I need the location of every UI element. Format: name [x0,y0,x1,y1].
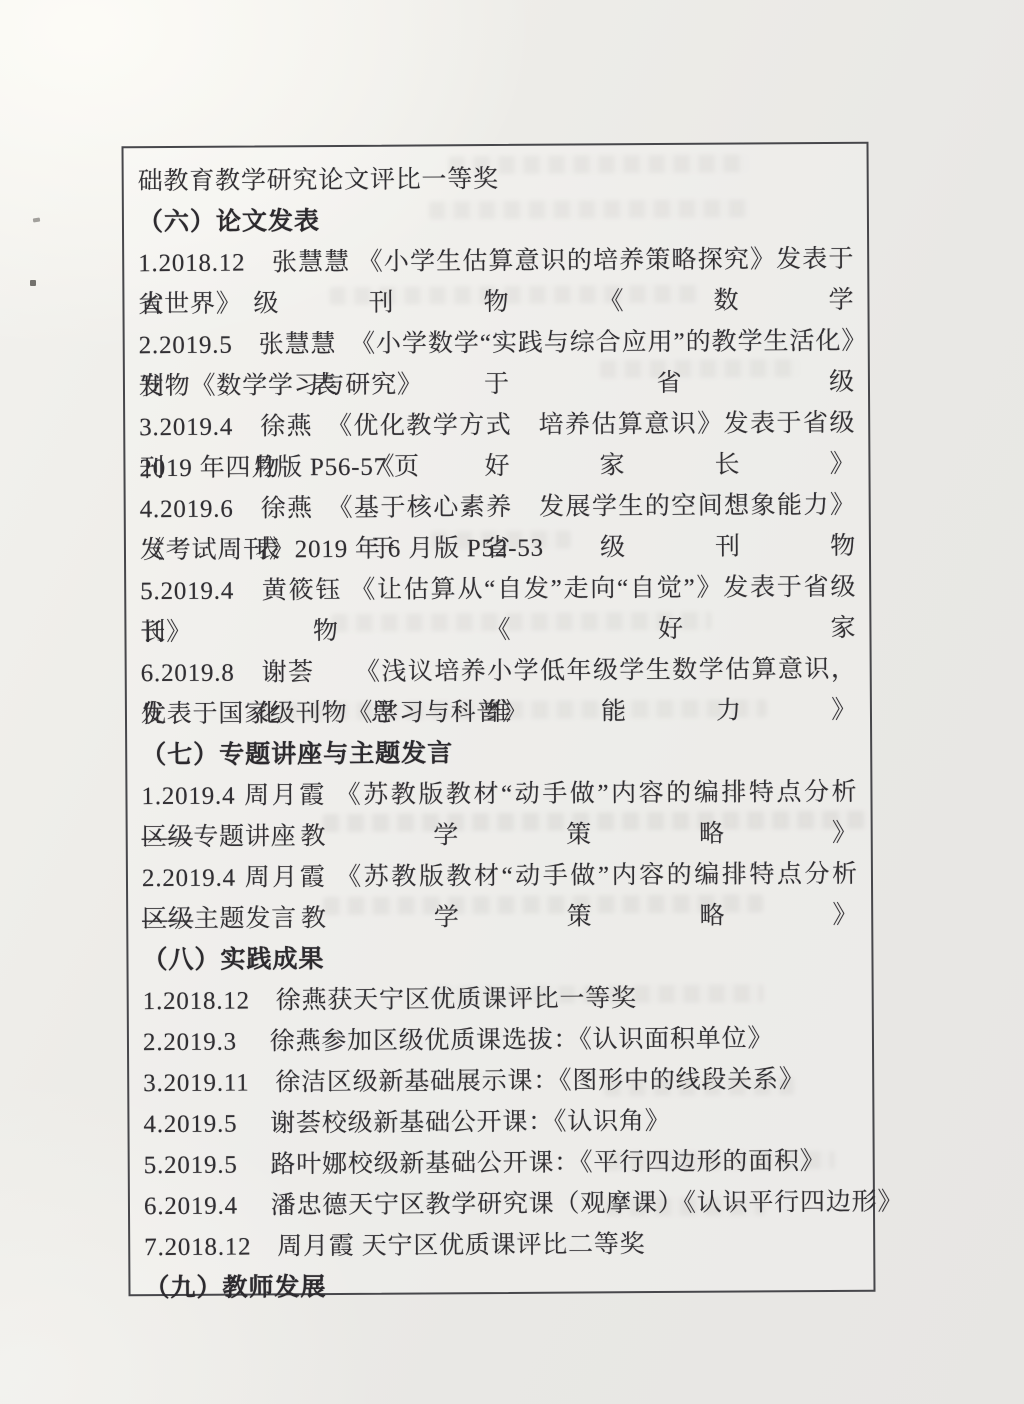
document-line: 7.2018.12 周月霞 天宁区优质课评比二等奖 [144,1223,860,1268]
document-line: 2.2019.5 张慧慧 《小学数学“实践与综合应用”的教学生活化》发表于省级 [139,321,855,366]
section-heading-7: （七）专题讲座与主题发言 [141,731,857,776]
document-line: 5.2019.5 路叶娜校级新基础公开课：《平行四边形的面积》 [144,1141,860,1186]
dust-speck [33,218,40,223]
photographed-page: { "colors": { "paper": "#edecE8", "ink":… [0,0,1024,1404]
document-line: 3.2019.4 徐燕 《优化教学方式 培养估算意识》发表于省级刊物《好家长》 [139,403,855,448]
document-line: 1.2019.4 周月霞 《苏教版教材“动手做”内容的编排特点分析——教学策略》 [141,772,857,817]
document-text: 础教育教学研究论文评比一等奖 （六）论文发表 1.2018.12 张慧慧 《小学… [124,144,874,1310]
document-line: 1.2018.12 张慧慧 《小学生估算意识的培养策略探究》发表于省级刊物《数学 [138,239,854,284]
document-cell-border: 础教育教学研究论文评比一等奖 （六）论文发表 1.2018.12 张慧慧 《小学… [121,142,875,1297]
section-heading-8: （八）实践成果 [142,936,858,981]
document-line: 1.2018.12 徐燕获天宁区优质课评比一等奖 [143,977,859,1022]
document-line: 6.2019.4 潘忠德天宁区教学研究课（观摩课）《认识平行四边形》 [144,1182,860,1227]
document-line: 2.2019.4 周月霞 《苏教版教材“动手做”内容的编排特点分析——教学策略》 [142,854,858,899]
continuation-line: 础教育教学研究论文评比一等奖 [138,157,854,202]
document-line: 5.2019.4 黄筱钰 《让估算从“自发”走向“自觉”》发表于省级刊物《好家 [140,567,856,612]
dust-speck [30,280,36,286]
document-line: 3.2019.11 徐洁区级新基础展示课：《图形中的线段关系》 [143,1059,859,1104]
document-line: 6.2019.8 谢荟 《浅议培养小学低年级学生数学估算意识，优化思维能力》 [141,649,857,694]
section-heading-9: （九）教师发展 [144,1264,860,1309]
document-line: 4.2019.6 徐燕 《基于核心素养 发展学生的空间想象能力》发表于省级刊物 [140,485,856,530]
section-heading-6: （六）论文发表 [138,198,854,243]
document-line: 2.2019.3 徐燕参加区级优质课选拔：《认识面积单位》 [143,1018,859,1063]
document-line: 4.2019.5 谢荟校级新基础公开课：《认识角》 [143,1100,859,1145]
